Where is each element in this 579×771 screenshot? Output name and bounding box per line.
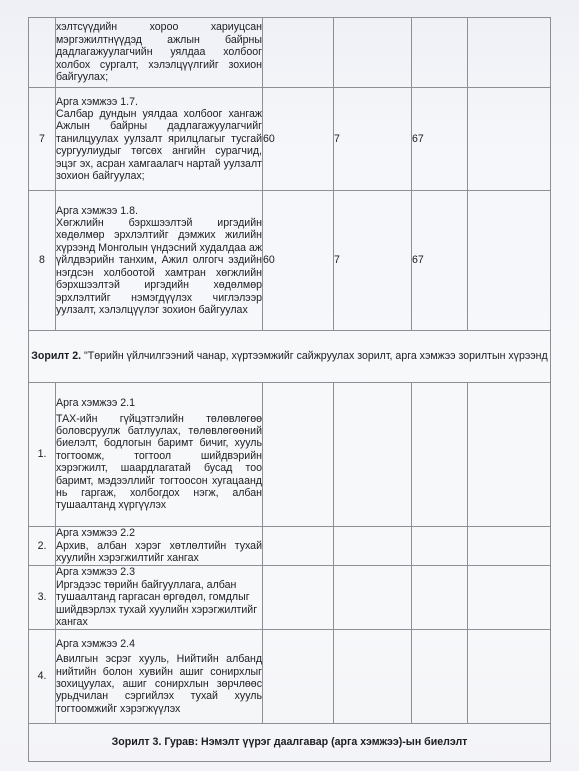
activity-text: хэлтсүүдийн хороо хариуцсан мэргэжилтнүү…: [56, 21, 262, 83]
value-cell-2: 7: [334, 191, 412, 331]
activity-cell: Арга хэмжээ 2.3 Иргэдээс төрийн байгуулл…: [56, 566, 263, 630]
value-cell-4: [468, 191, 551, 331]
activity-text: ТАХ-ийн гүйцэтгэлийн төлөвлөгөө боловсру…: [56, 413, 262, 512]
activity-cell: Арга хэмжээ 2.1 ТАХ-ийн гүйцэтгэлийн төл…: [56, 383, 263, 527]
value-cell-4: [468, 527, 551, 566]
activity-text: Авилгын эсрэг хууль, Нийтийн албанд нийт…: [56, 653, 262, 715]
table-row: 3. Арга хэмжээ 2.3 Иргэдээс төрийн байгу…: [29, 566, 551, 630]
section-row: Зорилт 3. Гурав: Нэмэлт үүрэг даалгавар …: [29, 724, 551, 762]
value-cell-2: [334, 566, 412, 630]
value-cell-2: [334, 383, 412, 527]
value-cell-3: [412, 566, 468, 630]
row-number: 1.: [29, 383, 56, 527]
table-row: 1. Арга хэмжээ 2.1 ТАХ-ийн гүйцэтгэлийн …: [29, 383, 551, 527]
value-cell-3: [412, 630, 468, 724]
action-plan-table: хэлтсүүдийн хороо хариуцсан мэргэжилтнүү…: [28, 17, 551, 762]
activity-cell: Арга хэмжээ 1.7. Салбар дундын уялдаа хо…: [56, 88, 263, 191]
value-cell-1: [263, 383, 334, 527]
value-cell-1: 60: [263, 88, 334, 191]
activity-heading: Арга хэмжээ 1.8.: [56, 205, 262, 217]
activity-heading: Арга хэмжээ 2.1: [56, 397, 262, 409]
goal-2-text: "Төрийн үйлчилгээний чанар, хүртээмжийг …: [84, 350, 548, 362]
value-cell-4: [468, 18, 551, 88]
table-row: 7 Арга хэмжээ 1.7. Салбар дундын уялдаа …: [29, 88, 551, 191]
goal-2-label: Зорилт 2.: [31, 350, 81, 362]
value-cell-4: [468, 566, 551, 630]
scanned-document-page: хэлтсүүдийн хороо хариуцсан мэргэжилтнүү…: [0, 0, 579, 771]
table-row: хэлтсүүдийн хороо хариуцсан мэргэжилтнүү…: [29, 18, 551, 88]
value-cell-4: [468, 88, 551, 191]
section-row: Зорилт 2. "Төрийн үйлчилгээний чанар, хү…: [29, 331, 551, 383]
table-row: 8 Арга хэмжээ 1.8. Хөгжлийн бэрхшээлтэй …: [29, 191, 551, 331]
activity-cell: Арга хэмжээ 2.4 Авилгын эсрэг хууль, Ний…: [56, 630, 263, 724]
activity-text: Иргэдээс төрийн байгууллага, албан тушаа…: [56, 579, 262, 629]
row-number: 4.: [29, 630, 56, 724]
value-cell-2: [334, 527, 412, 566]
table-row: 4. Арга хэмжээ 2.4 Авилгын эсрэг хууль, …: [29, 630, 551, 724]
value-cell-1: [263, 566, 334, 630]
activity-cell: хэлтсүүдийн хороо хариуцсан мэргэжилтнүү…: [56, 18, 263, 88]
activity-cell: Арга хэмжээ 1.8. Хөгжлийн бэрхшээлтэй ир…: [56, 191, 263, 331]
activity-text: Архив, албан хэрэг хөтлөлтийн тухай хуул…: [56, 540, 262, 565]
value-cell-3: [412, 18, 468, 88]
goal-3-label: Зорилт 3. Гурав: Нэмэлт үүрэг даалгавар …: [112, 736, 468, 748]
activity-heading: Арга хэмжээ 2.4: [56, 638, 262, 650]
value-cell-1: [263, 18, 334, 88]
goal-3-heading: Зорилт 3. Гурав: Нэмэлт үүрэг даалгавар …: [29, 724, 551, 762]
activity-heading: Арга хэмжээ 2.2: [56, 527, 262, 539]
value-cell-2: 7: [334, 88, 412, 191]
activity-cell: Арга хэмжээ 2.2 Архив, албан хэрэг хөтлө…: [56, 527, 263, 566]
value-cell-3: 67: [412, 191, 468, 331]
activity-text: Салбар дундын уялдаа холбоог хангаж Ажлы…: [56, 108, 262, 182]
row-number: 7: [29, 88, 56, 191]
value-cell-3: 67: [412, 88, 468, 191]
activity-heading: Арга хэмжээ 2.3: [56, 566, 262, 578]
value-cell-1: [263, 630, 334, 724]
value-cell-3: [412, 383, 468, 527]
activity-heading: Арга хэмжээ 1.7.: [56, 96, 262, 108]
table-row: 2. Арга хэмжээ 2.2 Архив, албан хэрэг хө…: [29, 527, 551, 566]
value-cell-2: [334, 630, 412, 724]
value-cell-4: [468, 383, 551, 527]
row-number: [29, 18, 56, 88]
activity-text: Хөгжлийн бэрхшээлтэй иргэдийн хөдөлмөр э…: [56, 217, 262, 316]
row-number: 8: [29, 191, 56, 331]
value-cell-4: [468, 630, 551, 724]
value-cell-2: [334, 18, 412, 88]
goal-2-heading: Зорилт 2. "Төрийн үйлчилгээний чанар, хү…: [29, 331, 551, 383]
value-cell-1: 60: [263, 191, 334, 331]
value-cell-3: [412, 527, 468, 566]
row-number: 2.: [29, 527, 56, 566]
value-cell-1: [263, 527, 334, 566]
row-number: 3.: [29, 566, 56, 630]
